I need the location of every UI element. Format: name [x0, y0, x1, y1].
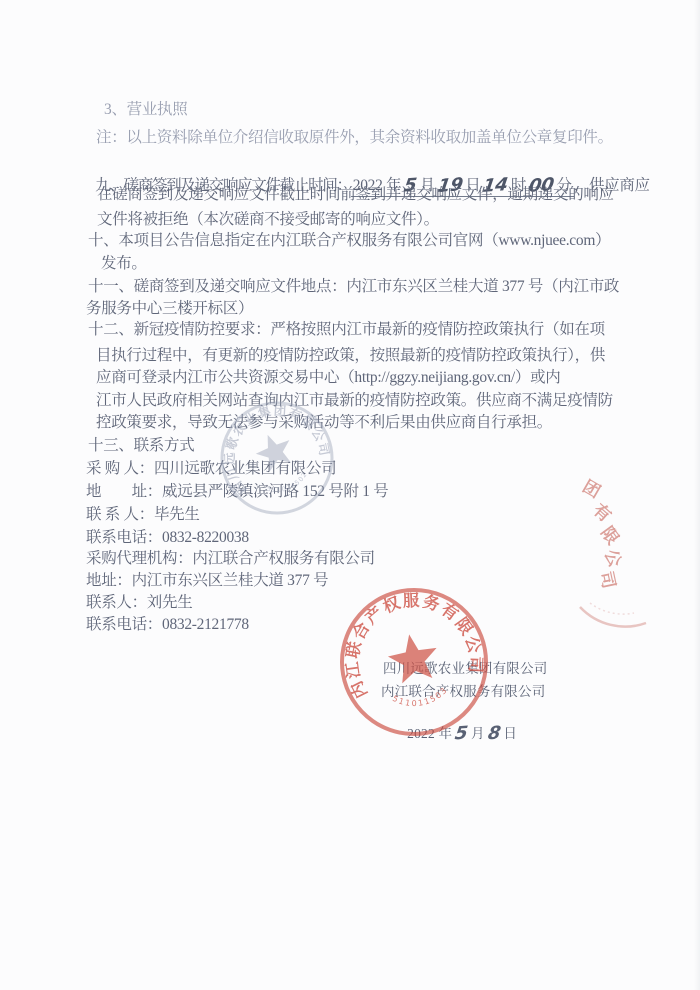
item-11-line-2: 务服务中心三楼开标区） — [86, 299, 253, 319]
business-license-line: 3、营业执照 — [104, 100, 187, 120]
item-11-line-1: 十一、磋商签到及递交响应文件地点：内江市东兴区兰桂大道 377 号（内江市政 — [88, 277, 619, 297]
handwritten-sig-day: 8 — [486, 725, 501, 744]
buyer-name-line: 采 购 人：四川远歌农业集团有限公司 — [86, 459, 336, 479]
buyer-phone-line: 联系电话：0832-8220038 — [86, 528, 249, 548]
signature-month-label: 月 — [471, 726, 485, 741]
scanned-document-page: { "doc": { "pre": { "license": "3、营业执照",… — [0, 0, 700, 990]
signature-company-1: 四川远歌农业集团有限公司 — [383, 659, 547, 679]
item-12-line-4: 江市人民政府相关网站查询内江市最新的疫情防控政策。供应商不满足疫情防 — [96, 391, 613, 411]
partial-red-seal: 团 有 限 公 司 — [570, 465, 700, 640]
buyer-address-line: 地 址：威远县严陵镇滨河路 152 号附 1 号 — [86, 482, 389, 502]
partial-seal-char-5: 司 — [596, 569, 624, 591]
partial-seal-char-3: 限 — [596, 520, 626, 548]
note-line: 注：以上资料除单位介绍信收取原件外，其余资料收取加盖单位公章复印件。 — [96, 128, 613, 148]
item-12-line-3: 应商可登录内江市公共资源交易中心（http://ggzy.neijiang.go… — [96, 368, 561, 388]
partial-seal-arc — [576, 597, 656, 637]
partial-seal-char-1: 团 — [579, 472, 606, 502]
agency-phone-line: 联系电话：0832-2121778 — [86, 615, 249, 635]
signature-company-2: 内江联合产权服务有限公司 — [381, 682, 545, 702]
item-10-line-2: 发布。 — [101, 254, 147, 274]
agency-address-line: 地址：内江市东兴区兰桂大道 377 号 — [86, 571, 328, 591]
item-13-heading: 十三、联系方式 — [88, 436, 194, 456]
signature-year: 2022 年 — [407, 726, 452, 741]
signature-date-line: 2022 年5月8日 — [400, 704, 517, 744]
item-12-line-5: 控政策要求，导致无法参与采购活动等不利后果由供应商自行承担。 — [96, 413, 552, 433]
item-9-line-3: 文件将被拒绝（本次磋商不接受邮寄的响应文件）。 — [97, 210, 439, 230]
item-12-line-2: 目执行过程中，有更新的疫情防控政策，按照最新的疫情防控政策执行），供 — [96, 346, 605, 366]
item-10-line-1: 十、本项目公告信息指定在内江联合产权服务有限公司官网（www.njuee.com… — [88, 231, 610, 251]
partial-seal-char-2: 有 — [589, 497, 618, 527]
signature-day-label: 日 — [503, 726, 517, 741]
item-12-line-1: 十二、新冠疫情防控要求：严格按照内江市最新的疫情防控政策执行（如在项 — [88, 320, 605, 340]
agency-contact-line: 联系人：刘先生 — [86, 593, 192, 613]
partial-seal-char-4: 公 — [600, 545, 630, 571]
buyer-contact-line: 联 系 人：毕先生 — [86, 505, 200, 525]
handwritten-sig-month: 5 — [454, 725, 469, 744]
item-9-line-2: 在磋商签到及递交响应文件截止时间前签到并递交响应文件，逾期递交的响应 — [97, 185, 614, 205]
agency-name-line: 采购代理机构：内江联合产权服务有限公司 — [86, 549, 375, 569]
scan-edge-shadow — [694, 0, 700, 990]
